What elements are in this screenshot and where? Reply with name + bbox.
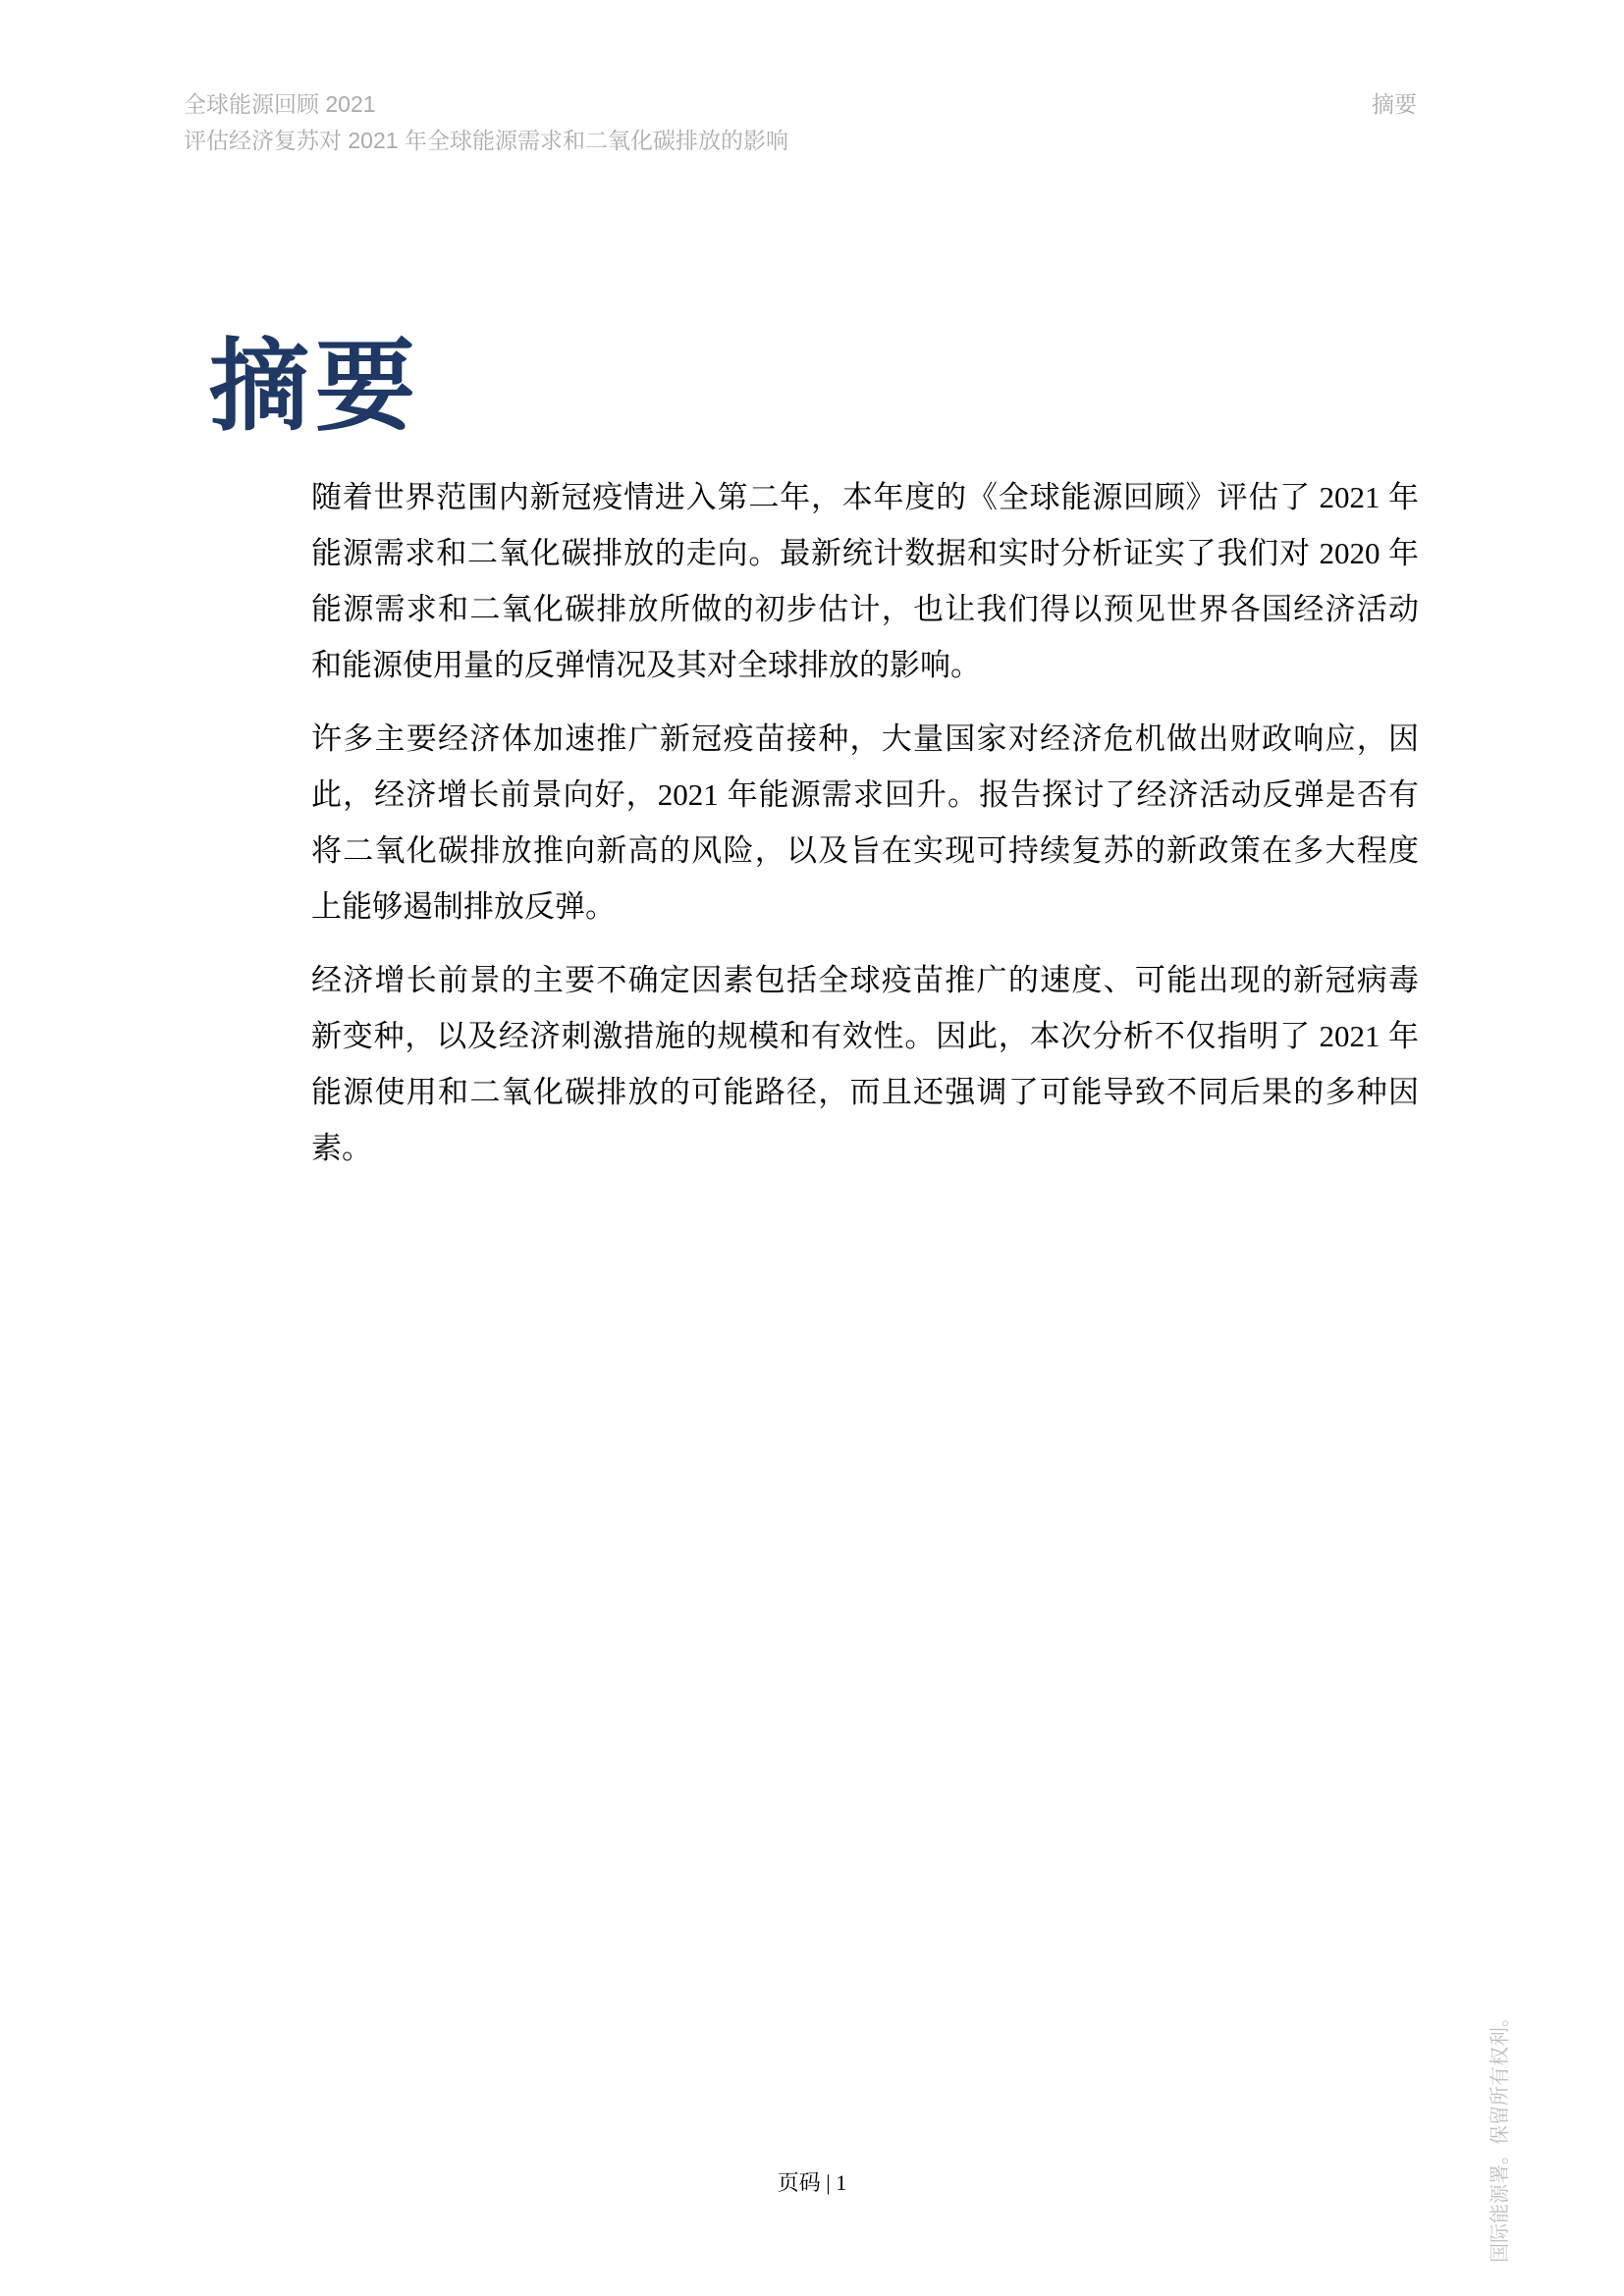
document-page: 全球能源回顾 2021 评估经济复苏对 2021 年全球能源需求和二氧化碳排放的… <box>0 0 1624 2296</box>
paragraph-2-line-3: 将二氧化碳排放推向新高的风险，以及旨在实现可持续复苏的新政策在多大程度 <box>311 823 1419 879</box>
paragraph-3-line-3: 能源使用和二氧化碳排放的可能路径，而且还强调了可能导致不同后果的多种因 <box>311 1064 1419 1120</box>
copyright-side-note: 国际能源署。保留所有权利。 <box>1489 2007 1512 2263</box>
paragraph-3-line-2: 新变种，以及经济刺激措施的规模和有效性。因此，本次分析不仅指明了 2021 年 <box>311 1008 1419 1064</box>
header-section-label: 摘要 <box>1372 86 1417 123</box>
paragraph-2-line-4: 上能够遏制排放反弹。 <box>311 879 1419 934</box>
paragraph-3: 经济增长前景的主要不确定因素包括全球疫苗推广的速度、可能出现的新冠病毒 新变种，… <box>311 952 1419 1176</box>
header-report-subtitle: 评估经济复苏对 2021 年全球能源需求和二氧化碳排放的影响 <box>184 123 1417 159</box>
page-title: 摘要 <box>209 334 421 444</box>
paragraph-1: 随着世界范围内新冠疫情进入第二年，本年度的《全球能源回顾》评估了 2021 年 … <box>311 469 1419 693</box>
paragraph-1-line-2: 能源需求和二氧化碳排放的走向。最新统计数据和实时分析证实了我们对 2020 年 <box>311 525 1419 581</box>
paragraph-3-line-1: 经济增长前景的主要不确定因素包括全球疫苗推广的速度、可能出现的新冠病毒 <box>311 952 1419 1008</box>
paragraph-3-line-4: 素。 <box>311 1120 1419 1176</box>
paragraph-1-line-4: 和能源使用量的反弹情况及其对全球排放的影响。 <box>311 637 1419 693</box>
body-text: 随着世界范围内新冠疫情进入第二年，本年度的《全球能源回顾》评估了 2021 年 … <box>311 469 1419 1194</box>
footer-page-number: 页码 | 1 <box>0 2167 1624 2199</box>
paragraph-1-line-1: 随着世界范围内新冠疫情进入第二年，本年度的《全球能源回顾》评估了 2021 年 <box>311 469 1419 525</box>
paragraph-2: 许多主要经济体加速推广新冠疫苗接种，大量国家对经济危机做出财政响应，因 此，经济… <box>311 711 1419 934</box>
page-header: 全球能源回顾 2021 评估经济复苏对 2021 年全球能源需求和二氧化碳排放的… <box>184 86 1417 159</box>
paragraph-2-line-2: 此，经济增长前景向好，2021 年能源需求回升。报告探讨了经济活动反弹是否有 <box>311 767 1419 823</box>
header-left: 全球能源回顾 2021 评估经济复苏对 2021 年全球能源需求和二氧化碳排放的… <box>184 86 1417 159</box>
paragraph-2-line-1: 许多主要经济体加速推广新冠疫苗接种，大量国家对经济危机做出财政响应，因 <box>311 711 1419 767</box>
paragraph-1-line-3: 能源需求和二氧化碳排放所做的初步估计，也让我们得以预见世界各国经济活动 <box>311 581 1419 637</box>
header-report-title: 全球能源回顾 2021 <box>184 86 1417 123</box>
